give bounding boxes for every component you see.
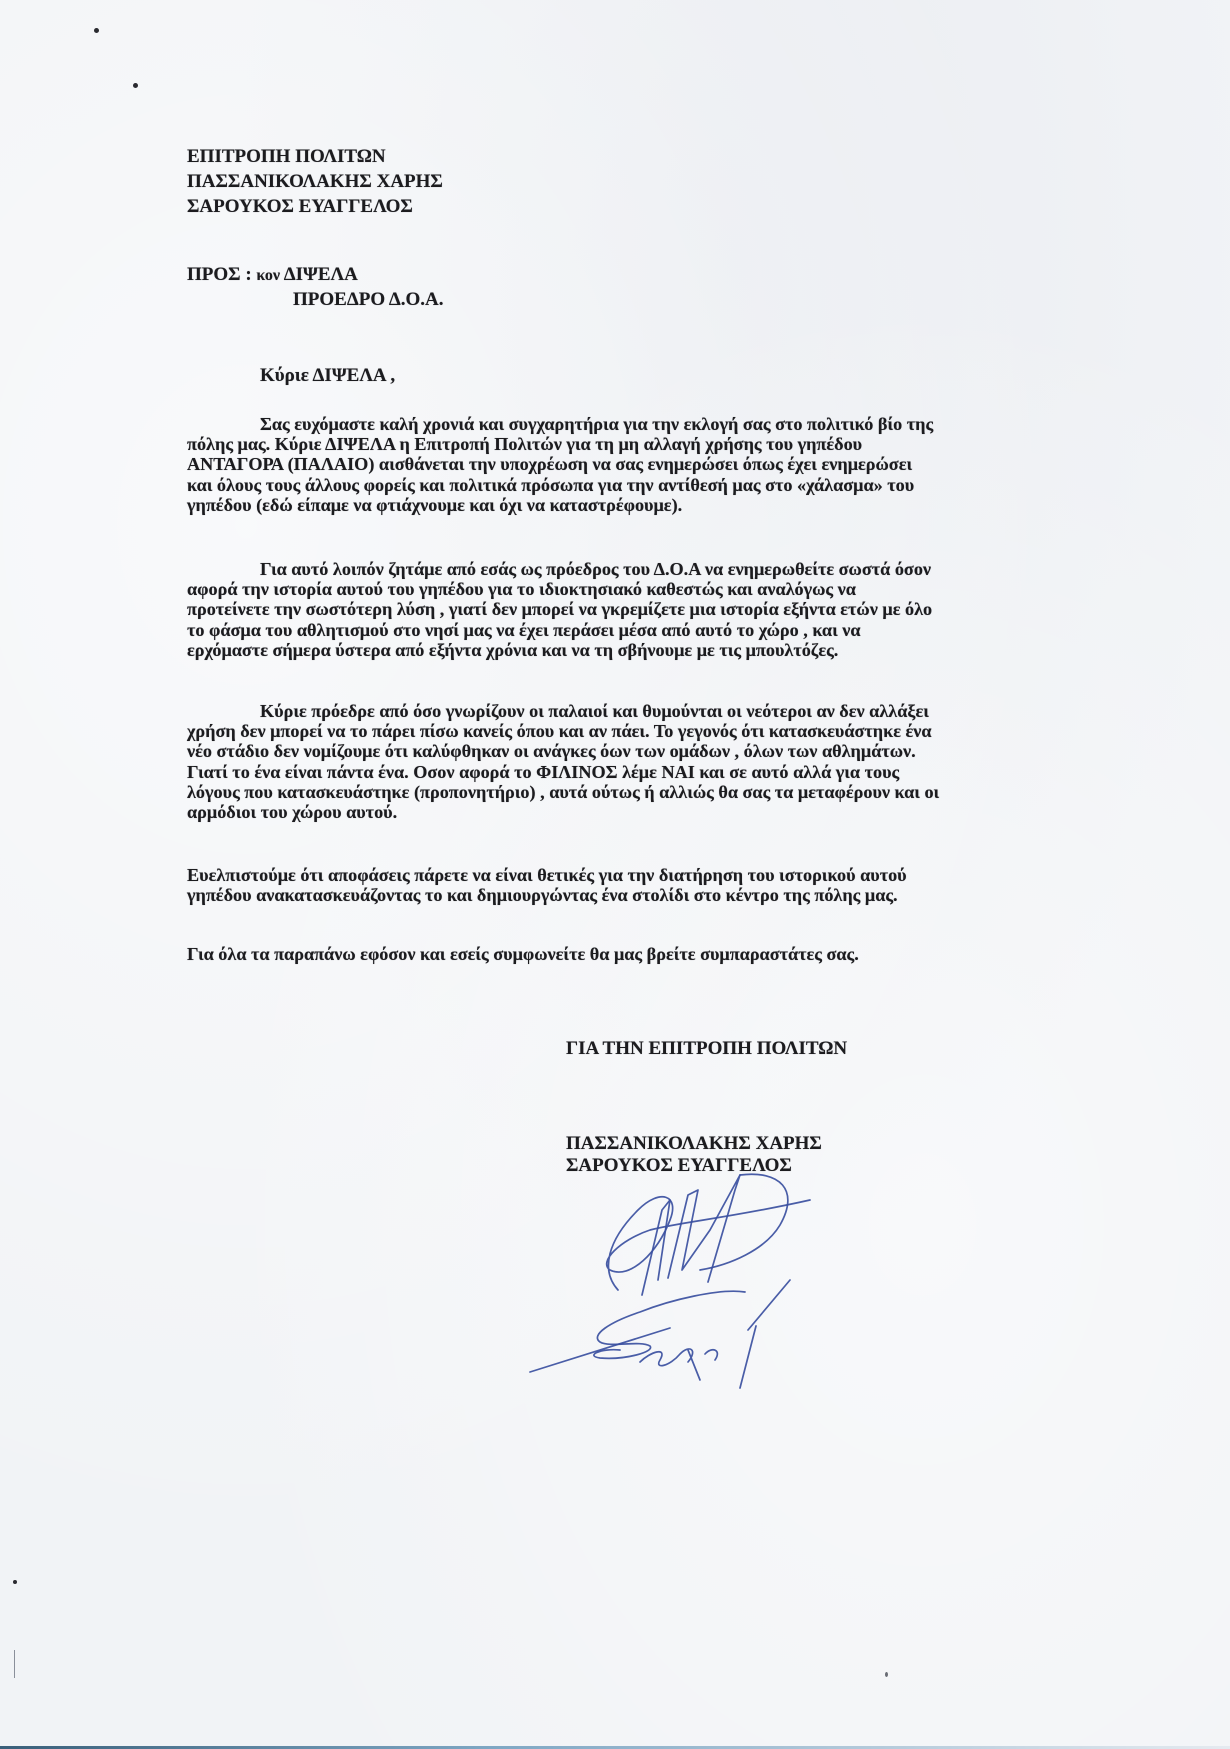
paragraph-5: Για όλα τα παραπάνω εφόσον και εσείς συμ… <box>187 944 859 964</box>
paragraph-line: Σας ευχόμαστε καλή χρονιά και συγχαρητήρ… <box>187 414 933 434</box>
paragraph-line: γηπέδου (εδώ είπαμε να φτιάχνουμε και όχ… <box>187 495 933 515</box>
paragraph-line: Κύριε πρόεδρε από όσο γνωρίζουν οι παλαι… <box>187 701 939 721</box>
paragraph-line: ερχόμαστε σήμερα ύστερα από εξήντα χρόνι… <box>187 640 932 660</box>
recipient-name: ΔΙΨΕΛΑ <box>284 264 358 285</box>
paragraph-line: αφορά την ιστορία αυτού του γηπέδου για … <box>187 579 932 599</box>
scan-speck <box>94 28 99 33</box>
paragraph-line: προτείνετε την σωστότερη λύση , γιατί δε… <box>187 599 932 619</box>
paragraph-line: χρήση δεν μπορεί να το πάρει πίσω κανείς… <box>187 721 939 741</box>
signature-2 <box>530 1280 810 1400</box>
scan-speck <box>13 1580 17 1584</box>
paragraph-line: γηπέδου ανακατασκευάζοντας το και δημιου… <box>187 885 907 905</box>
paragraph-line: πόλης μας. Κύριε ΔΙΨΕΛΑ η Επιτροπή Πολιτ… <box>187 434 933 454</box>
sender-member-1: ΠΑΣΣΑΝΙΚΟΛΑΚΗΣ ΧΑΡΗΣ <box>187 169 443 194</box>
closing-line: ΓΙΑ ΤΗΝ ΕΠΙΤΡΟΠΗ ΠΟΛΙΤΩΝ <box>566 1036 847 1061</box>
recipient-line: ΠΡΟΣ : κον ΔΙΨΕΛΑ <box>187 262 358 288</box>
paragraph-line: Για αυτό λοιπόν ζητάμε από εσάς ως πρόεδ… <box>187 559 932 579</box>
scan-speck <box>885 1672 888 1677</box>
paragraph-line: αρμόδιοι του χώρου αυτού. <box>187 802 939 822</box>
paragraph-line: και όλους τους άλλους φορείς και πολιτικ… <box>187 475 933 495</box>
paragraph-3: Κύριε πρόεδρε από όσο γνωρίζουν οι παλαι… <box>187 701 939 822</box>
recipient-prefix: ΠΡΟΣ : <box>187 264 256 285</box>
paragraph-line: Γιατί το ένα είναι πάντα ένα. Οσον αφορά… <box>187 762 939 782</box>
paragraph-4: Ευελπιστούμε ότι αποφάσεις πάρετε να είν… <box>187 865 907 905</box>
paragraph-line: το φάσμα του αθλητισμού στο νησί μας να … <box>187 620 932 640</box>
scanned-letter-page: ΕΠΙΤΡΟΠΗ ΠΟΛΙΤΩΝ ΠΑΣΣΑΝΙΚΟΛΑΚΗΣ ΧΑΡΗΣ ΣΑ… <box>0 0 1230 1749</box>
paragraph-line: λόγους που κατασκευάστηκε (προπονητήριο)… <box>187 782 939 802</box>
paragraph-1: Σας ευχόμαστε καλή χρονιά και συγχαρητήρ… <box>187 414 933 515</box>
paragraph-2: Για αυτό λοιπόν ζητάμε από εσάς ως πρόεδ… <box>187 559 932 660</box>
paragraph-line: Για όλα τα παραπάνω εφόσον και εσείς συμ… <box>187 944 859 964</box>
sender-member-2: ΣΑΡΟΥΚΟΣ ΕΥΑΓΓΕΛΟΣ <box>187 194 413 219</box>
recipient-honorific: κον <box>256 267 280 284</box>
scan-edge-mark <box>14 1650 15 1678</box>
recipient-title: ΠΡΟΕΔΡΟ Δ.Ο.Α. <box>293 287 444 312</box>
paragraph-line: νέο στάδιο δεν νομίζουμε ότι καλύφθηκαν … <box>187 741 939 761</box>
scan-speck <box>133 83 138 88</box>
sender-committee: ΕΠΙΤΡΟΠΗ ΠΟΛΙΤΩΝ <box>187 144 386 169</box>
paragraph-line: ΑΝΤΑΓΟΡΑ (ΠΑΛΑΙΟ) αισθάνεται την υποχρέω… <box>187 454 933 474</box>
paragraph-line: Ευελπιστούμε ότι αποφάσεις πάρετε να είν… <box>187 865 907 885</box>
salutation: Κύριε ΔΙΨΕΛΑ , <box>260 363 395 388</box>
